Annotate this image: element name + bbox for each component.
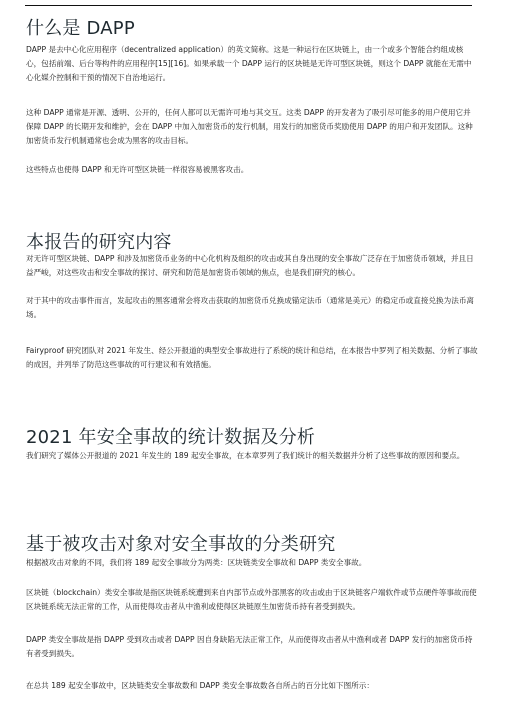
paragraph: 这种 DAPP 通常是开源、透明、公开的，任何人都可以无需许可地与其交互。这类 … <box>26 106 478 148</box>
top-divider <box>25 5 472 6</box>
paragraph: 在总共 189 起安全事故中，区块链类安全事故数和 DAPP 类安全事故数各自所… <box>26 679 478 693</box>
heading-classification-research: 基于被攻击对象对安全事故的分类研究 <box>26 530 335 556</box>
heading-research-content: 本报告的研究内容 <box>26 228 172 254</box>
paragraph: 对无许可型区块链、DAPP 和涉及加密货币业务的中心化机构及组织的攻击或其自身出… <box>26 252 478 280</box>
heading-what-is-dapp: 什么是 DAPP <box>26 14 135 40</box>
paragraph: 对于其中的攻击事件而言，发起攻击的黑客通常会将攻击获取的加密货币兑换成锚定法币（… <box>26 294 478 322</box>
paragraph: DAPP 类安全事故是指 DAPP 受到攻击或者 DAPP 因自身缺陷无法正常工… <box>26 633 478 661</box>
paragraph: 根据被攻击对象的不同，我们将 189 起安全事故分为两类：区块链类安全事故和 D… <box>26 556 478 570</box>
paragraph: 这些特点也使得 DAPP 和无许可型区块链一样很容易被黑客攻击。 <box>26 163 478 177</box>
heading-2021-statistics: 2021 年安全事故的统计数据及分析 <box>26 423 315 449</box>
paragraph: DAPP 是去中心化应用程序（decentralized application… <box>26 43 478 85</box>
paragraph: 我们研究了媒体公开报道的 2021 年发生的 189 起安全事故，在本章罗列了我… <box>26 449 478 463</box>
paragraph: 区块链（blockchain）类安全事故是指区块链系统遭到来自内部节点或外部黑客… <box>26 586 478 614</box>
paragraph: Fairyproof 研究团队对 2021 年发生、经公开报道的典型安全事故进行… <box>26 344 478 372</box>
